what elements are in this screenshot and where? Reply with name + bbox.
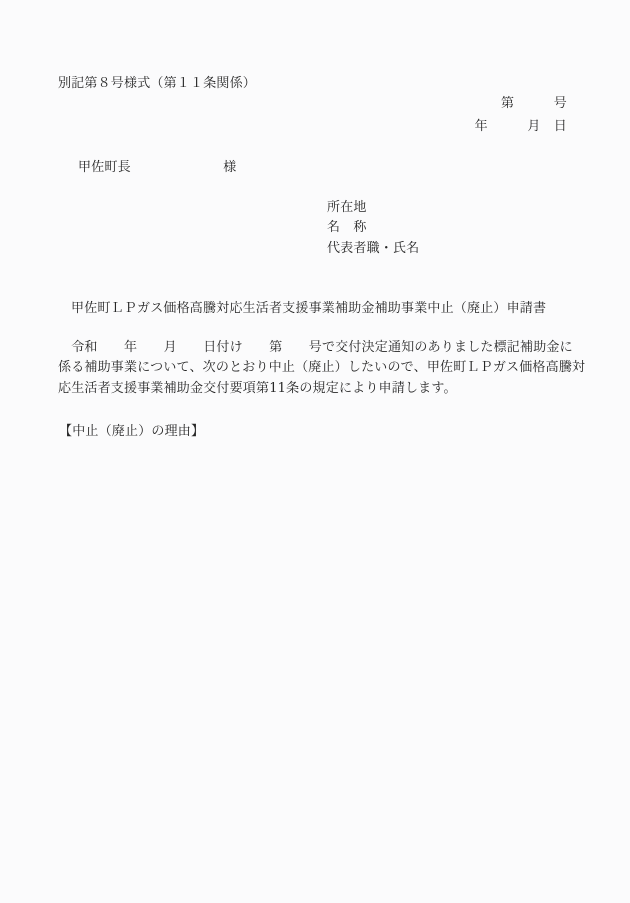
doc-number-line: 第 号 xyxy=(501,94,567,113)
body-line: 応生活者支援事業補助金交付要項第11条の規定により申請します。 xyxy=(58,379,457,398)
sender-representative-label: 代表者職・氏名 xyxy=(327,239,419,258)
reason-heading: 【中止（廃止）の理由】 xyxy=(59,422,204,441)
sender-name-label: 名 称 xyxy=(327,218,367,237)
addressee-line: 甲佐町長 様 xyxy=(78,158,236,177)
sender-address-label: 所在地 xyxy=(327,198,367,217)
document-page: 別記第８号様式（第１１条関係） 第 号 年 月 日 甲佐町長 様 所在地 名 称… xyxy=(0,0,630,903)
document-title: 甲佐町ＬＰガス価格高騰対応生活者支援事業補助金補助事業中止（廃止）申請書 xyxy=(71,299,546,318)
body-line: 令和 年 月 日付け 第 号で交付決定通知のありました標記補助金に xyxy=(58,338,573,357)
form-number-label: 別記第８号様式（第１１条関係） xyxy=(58,74,256,93)
body-line: 係る補助事業について、次のとおり中止（廃止）したいので、甲佐町ＬＰガス価格高騰対 xyxy=(58,358,585,377)
date-line: 年 月 日 xyxy=(475,117,567,136)
